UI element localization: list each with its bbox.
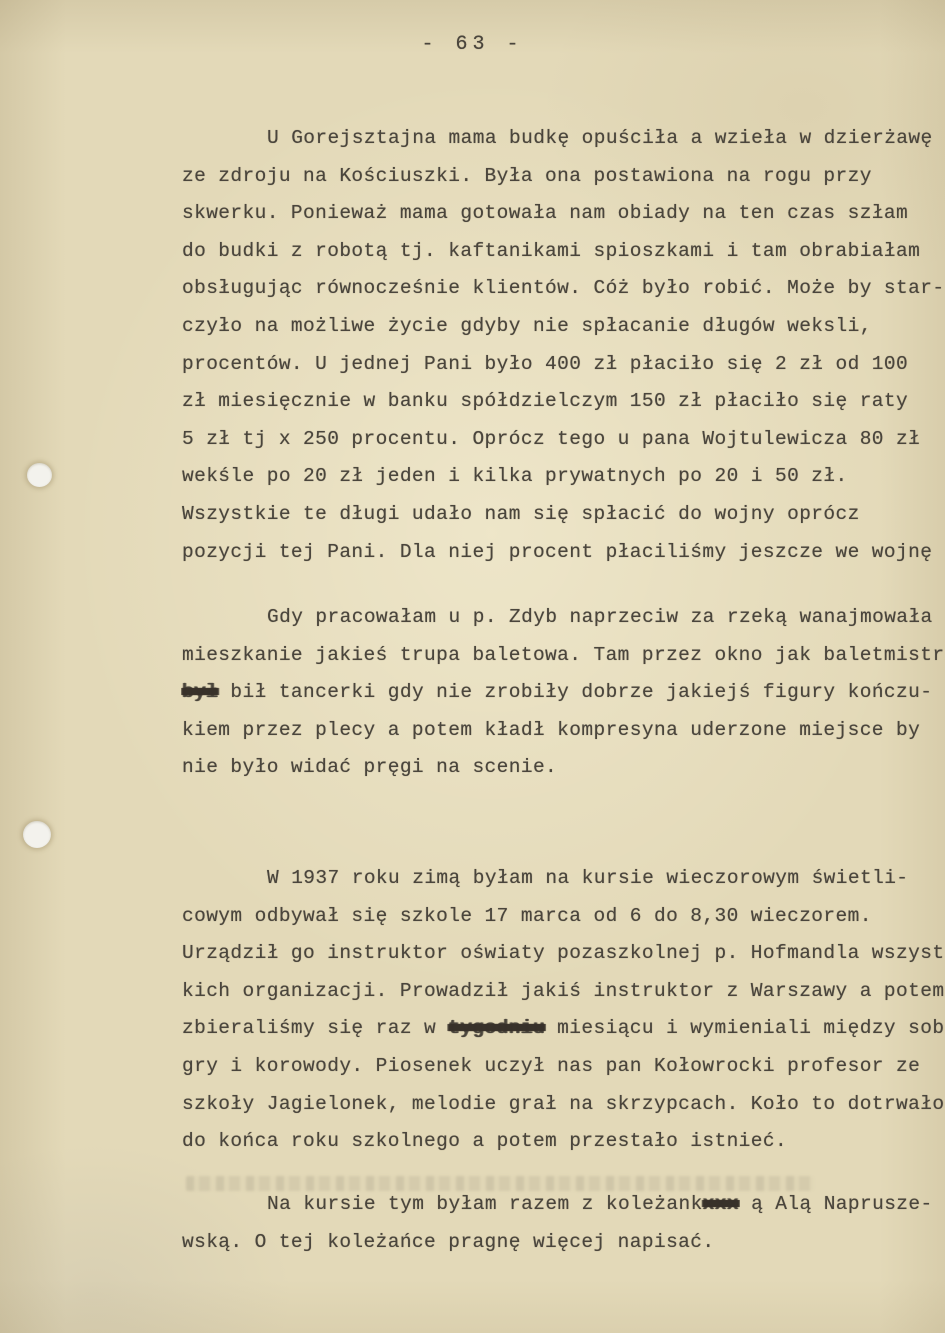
punch-hole-top — [27, 463, 52, 487]
line-text: zbieraliśmy się raz w — [182, 1017, 448, 1039]
line-text: bił tancerki gdy nie zrobiły dobrze jaki… — [218, 681, 932, 703]
struck-out-word: tygodniu — [448, 1017, 545, 1039]
typed-line: pozycji tej Pani. Dla niej procent płaci… — [182, 534, 927, 572]
typed-line: kich organizacji. Prowadził jakiś instru… — [182, 973, 927, 1011]
typed-line: kiem przez plecy a potem kładł kompresyn… — [182, 712, 927, 750]
document-page: - 63 - U Gorejsztajna mama budkę opuścił… — [0, 0, 945, 1333]
struck-out-word: był — [182, 681, 218, 703]
typed-line: gry i korowody. Piosenek uczył nas pan K… — [182, 1048, 927, 1086]
typed-line: 5 zł tj x 250 procentu. Oprócz tego u pa… — [182, 421, 927, 459]
typed-line: ze zdroju na Kościuszki. Była ona postaw… — [182, 158, 927, 196]
paragraph-3: W 1937 roku zimą byłam na kursie wieczor… — [182, 860, 927, 1161]
typed-line: zł miesięcznie w banku spółdzielczym 150… — [182, 383, 927, 421]
typed-line: W 1937 roku zimą byłam na kursie wieczor… — [182, 860, 927, 898]
typed-line-with-strikeout: był bił tancerki gdy nie zrobiły dobrze … — [182, 674, 927, 712]
line-text: miesiącu i wymieniali między sobą — [545, 1017, 945, 1039]
typed-line: Gdy pracowałam u p. Zdyb naprzeciw za rz… — [182, 599, 927, 637]
paragraph-2: Gdy pracowałam u p. Zdyb naprzeciw za rz… — [182, 599, 927, 787]
typed-line: do końca roku szkolnego a potem przestał… — [182, 1123, 927, 1161]
typed-line: czyło na możliwe życie gdyby nie spłacan… — [182, 308, 927, 346]
struck-out-word: xxx — [703, 1193, 739, 1215]
typed-line: cowym odbywał się szkole 17 marca od 6 d… — [182, 898, 927, 936]
line-text: Na kursie tym byłam razem z koleżank — [267, 1193, 703, 1215]
typed-line-with-strikeout: Na kursie tym byłam razem z koleżankxxx … — [182, 1186, 927, 1224]
typed-line: Urządził go instruktor oświaty pozaszkol… — [182, 935, 927, 973]
line-text: ą Alą Naprusze- — [739, 1193, 933, 1215]
typed-line: Wszystkie te długi udało nam się spłacić… — [182, 496, 927, 534]
typed-line: procentów. U jednej Pani było 400 zł pła… — [182, 346, 927, 384]
typed-line: skwerku. Ponieważ mama gotowała nam obia… — [182, 195, 927, 233]
page-number: - 63 - — [0, 33, 945, 56]
typed-line: nie było widać pręgi na scenie. — [182, 749, 927, 787]
typed-line: szkoły Jagielonek, melodie grał na skrzy… — [182, 1086, 927, 1124]
typed-line-with-strikeout: zbieraliśmy się raz w tygodniu miesiącu … — [182, 1010, 927, 1048]
typed-line: wską. O tej koleżańce pragnę więcej napi… — [182, 1224, 927, 1262]
paragraph-1: U Gorejsztajna mama budkę opuściła a wzi… — [182, 120, 927, 571]
typed-line: obsługując równocześnie klientów. Cóż by… — [182, 270, 927, 308]
typed-line: do budki z robotą tj. kaftanikami spiosz… — [182, 233, 927, 271]
punch-hole-bottom — [23, 821, 51, 848]
typed-line: wekśle po 20 zł jeden i kilka prywatnych… — [182, 458, 927, 496]
typed-line: U Gorejsztajna mama budkę opuściła a wzi… — [182, 120, 927, 158]
paragraph-4: Na kursie tym byłam razem z koleżankxxx … — [182, 1186, 927, 1261]
typed-line: mieszkanie jakieś trupa baletowa. Tam pr… — [182, 637, 927, 675]
